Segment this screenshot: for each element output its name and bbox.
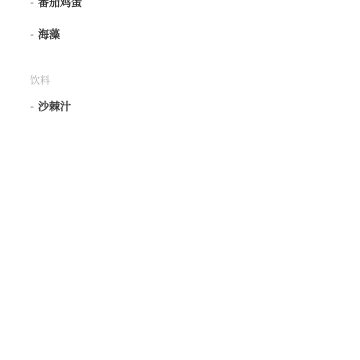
list-item: -番茄鸡蛋: [30, 0, 82, 10]
bullet-dash: -: [30, 28, 34, 41]
list-item: -沙棘汁: [30, 98, 71, 114]
item-label: 番茄鸡蛋: [38, 0, 82, 9]
category-heading: 饮料: [30, 72, 50, 87]
list-item: -海藻: [30, 26, 60, 42]
bullet-dash: -: [30, 100, 34, 113]
bullet-dash: -: [30, 0, 34, 9]
item-label: 海藻: [38, 28, 60, 41]
item-label: 沙棘汁: [38, 100, 71, 113]
